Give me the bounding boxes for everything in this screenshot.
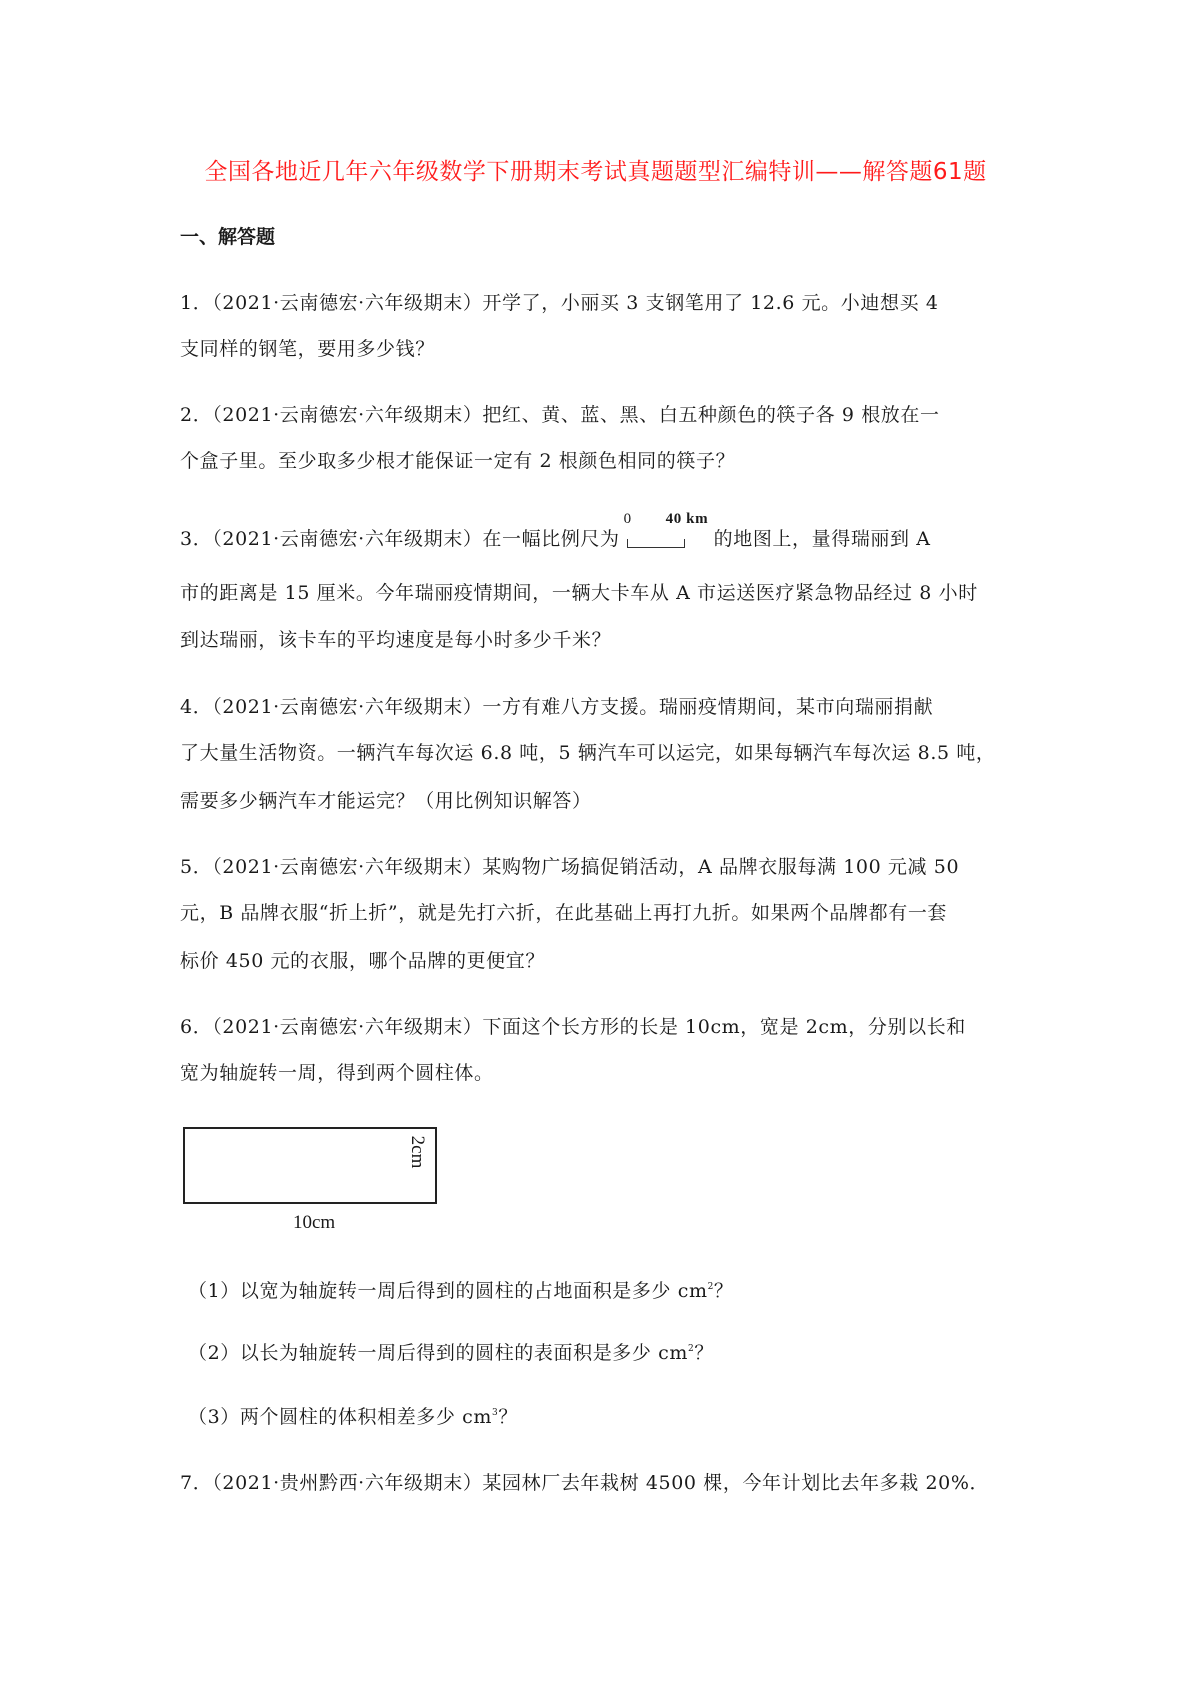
question-6-line-1: 6．（2021·云南德宏·六年级期末）下面这个长方形的长是 10cm，宽是 2c… [180, 1012, 966, 1039]
question-3-line-2: 市的距离是 15 厘米。今年瑞丽疫情期间，一辆大卡车从 A 市运送医疗紧急物品经… [180, 578, 978, 605]
rectangle-width-label: 10cm [293, 1212, 335, 1234]
scale-bar-line [627, 539, 685, 548]
question-5-line-1: 5．（2021·云南德宏·六年级期末）某购物广场搞促销活动，A 品牌衣服每满 1… [180, 852, 959, 879]
question-6-sub-1: （1）以宽为轴旋转一周后得到的圆柱的占地面积是多少 cm2？ [188, 1276, 734, 1303]
question-mark: ？ [498, 1406, 518, 1428]
question-3-text-after-scale: 的地图上，量得瑞丽到 A [714, 528, 931, 550]
question-1-line-1: 1．（2021·云南德宏·六年级期末）开学了，小丽买 3 支钢笔用了 12.6 … [180, 288, 939, 315]
question-5-line-2: 元，B 品牌衣服“折上折”，就是先打六折，在此基础上再打九折。如果两个品牌都有一… [180, 898, 947, 925]
question-3-text-before-scale: 3．（2021·云南德宏·六年级期末）在一幅比例尺为 [180, 528, 620, 550]
question-6-sub-3: （3）两个圆柱的体积相差多少 cm3？ [188, 1402, 518, 1429]
scale-bar-figure: 040 km [622, 525, 712, 549]
question-4-line-2: 了大量生活物资。一辆汽车每次运 6.8 吨，5 辆汽车可以运完，如果每辆汽车每次… [180, 738, 996, 765]
question-3-line-1: 3．（2021·云南德宏·六年级期末）在一幅比例尺为040 km的地图上，量得瑞… [180, 524, 931, 551]
document-title: 全国各地近几年六年级数学下册期末考试真题题型汇编特训——解答题61题 [0, 153, 1191, 186]
question-2-line-2: 个盒子里。至少取多少根才能保证一定有 2 根颜色相同的筷子？ [180, 446, 735, 473]
scale-start-label: 0 [624, 511, 632, 528]
rectangle-figure: 2cm [183, 1127, 437, 1204]
sub-question-text: （2）以长为轴旋转一周后得到的圆柱的表面积是多少 cm [188, 1342, 688, 1364]
question-2-line-1: 2．（2021·云南德宏·六年级期末）把红、黄、蓝、黑、白五种颜色的筷子各 9 … [180, 400, 940, 427]
rectangle-height-label: 2cm [406, 1132, 428, 1172]
question-6-line-2: 宽为轴旋转一周，得到两个圆柱体。 [180, 1058, 494, 1085]
question-4-line-1: 4．（2021·云南德宏·六年级期末）一方有难八方支援。瑞丽疫情期间，某市向瑞丽… [180, 692, 933, 719]
question-mark: ？ [714, 1280, 734, 1302]
section-heading: 一、解答题 [180, 222, 275, 249]
question-5-line-3: 标价 450 元的衣服，哪个品牌的更便宜？ [180, 946, 545, 973]
sub-question-text: （3）两个圆柱的体积相差多少 cm [188, 1406, 492, 1428]
question-6-sub-2: （2）以长为轴旋转一周后得到的圆柱的表面积是多少 cm2？ [188, 1338, 714, 1365]
question-mark: ？ [694, 1342, 714, 1364]
question-1-line-2: 支同样的钢笔，要用多少钱？ [180, 334, 435, 361]
question-3-line-3: 到达瑞丽，该卡车的平均速度是每小时多少千米？ [180, 625, 611, 652]
scale-end-label: 40 km [666, 511, 709, 528]
question-4-line-3: 需要多少辆汽车才能运完？（用比例知识解答） [180, 786, 592, 813]
sub-question-text: （1）以宽为轴旋转一周后得到的圆柱的占地面积是多少 cm [188, 1280, 708, 1302]
question-7-line-1: 7．（2021·贵州黔西·六年级期末）某园林厂去年栽树 4500 棵，今年计划比… [180, 1468, 989, 1495]
